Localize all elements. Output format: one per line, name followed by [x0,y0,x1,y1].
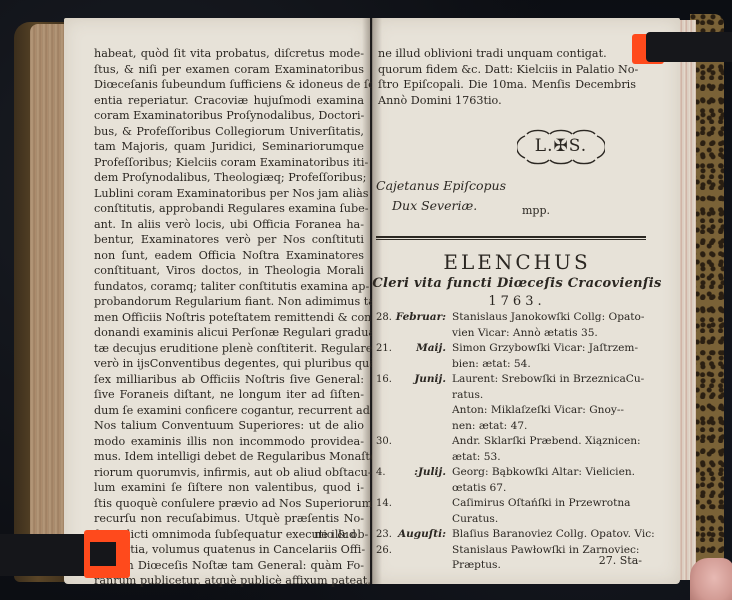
entry-body: Blaſius Baranoviez Collg. Opatov. Vic: [452,527,662,543]
entry-line: Anton: Miklaſzeſki Vicar: Gnoy-- [452,403,662,419]
entry-line: Simon Grzybowſki Vicar: Jaſtrzem- [452,341,662,357]
entry-line: Laurent: Srebowſki in BrzeznicaCu- [452,372,662,388]
entry-body: Anton: Miklaſzeſki Vicar: Gnoy-- nen: æt… [452,403,662,434]
left-page-body: habeat, quòd ſit vita probatus, diſcretu… [94,46,364,589]
text-line: Lublini coram Examinatoribus per Nos jam… [94,186,364,202]
entry-body: Georg: Bąbkowſki Altar: Vielicien. œtati… [452,465,662,496]
text-line: modo examinis illis non incommodo provid… [94,434,364,450]
entry-line: Caſimirus Oſtańſki in Przewrotna [452,496,662,512]
right-page: ne illud oblivioni tradi unquam contigat… [372,18,680,584]
entry-line: œtatis 67. [452,481,662,497]
seal-mark: L.✠S. [517,126,605,168]
text-line: tæ decujus eruditione plenè conſtiterit.… [94,341,364,357]
entry-line: Andr. Sklarſki Præbend. Xiąznicen: [452,434,662,450]
text-line: lum examini ſe ſiſtere non valentibus, q… [94,480,364,496]
text-line: habeat, quòd ſit vita probatus, diſcretu… [94,46,364,62]
obituary-list: 28. Februar: Stanislaus Janokowſki Collg… [376,310,662,574]
entry-month: Junij. [394,372,452,403]
text-line: non ſunt, eadem Officia Noſtra Examinato… [94,248,364,264]
list-item: 23. Auguſti: Blaſius Baranoviez Collg. O… [376,527,662,543]
list-item: 21. Maij. Simon Grzybowſki Vicar: Jaſtrz… [376,341,662,372]
page-edges-left [30,24,68,536]
page-clip-bottom-left [0,528,132,580]
signature: Cajetanus Epiſcopus Dux Severiæ. [376,176,506,216]
text-line: bus, & Profeſſoribus Collegiorum Univerſ… [94,124,364,140]
text-line: donandi examinis alicui Perſonæ Regulari… [94,325,364,341]
text-line: ſtus, & niſi per examen coram Examinator… [94,62,364,78]
text-line: dum ſe examini conficere cogantur, recur… [94,403,364,419]
text-line: fundatos, coramq; taliter conſtitutis ex… [94,279,364,295]
entry-line: Stanislaus Janokowſki Collg: Opato- [452,310,662,326]
text-line: entia reperiatur. Cracoviæ hujuſmodi exa… [94,93,364,109]
entry-line: bien: ætat: 54. [452,357,662,373]
entry-month: Auguſti: [394,527,452,543]
clip-slot [90,542,116,566]
section-divider [376,239,646,240]
text-line: ant. In aliis verò locis, ubi Officia Fo… [94,217,364,233]
text-line: conſtitutis, approbandi Regulares examin… [94,201,364,217]
entry-line: Georg: Bąbkowſki Altar: Vielicien. [452,465,662,481]
finger-tip [690,558,732,600]
list-item: Anton: Miklaſzeſki Vicar: Gnoy-- nen: æt… [376,403,662,434]
text-line: conſtituant, Viros doctos, in Theologia … [94,263,364,279]
book-gutter [362,18,382,584]
entry-month: :Julij. [394,465,452,496]
entry-month [394,403,452,434]
entry-line: ratus. [452,388,662,404]
list-item: 14. Caſimirus Oſtańſki in Przewrotna Cur… [376,496,662,527]
page-edges-right [678,20,696,580]
catchword: 27. Sta- [599,554,642,567]
clip-body [646,32,732,62]
catchword: ne illud [314,528,356,541]
seal-text: L.✠S. [517,136,605,156]
entry-line: ætat: 53. [452,450,662,466]
text-line: probandorum Regularium fiant. Non adimim… [94,294,364,310]
entry-body: Simon Grzybowſki Vicar: Jaſtrzem- bien: … [452,341,662,372]
section-divider [376,236,646,238]
text-line: ciorum Diœceſis Noſtæ tam General: quàm … [94,558,364,574]
text-line: recurſu non recuſabimus. Utquè præſentis… [94,511,364,527]
signature-line: Cajetanus Epiſcopus [376,176,506,196]
text-line: dem Proſynodalibus, Theologiæq; Profeſſo… [94,170,364,186]
entry-month [394,434,452,465]
entry-body: Caſimirus Oſtańſki in Przewrotna Curatus… [452,496,662,527]
entry-line: Blaſius Baranoviez Collg. Opatov. Vic: [452,527,662,543]
text-line: bentur, Examinatores verò per Nos conſti… [94,232,364,248]
entry-line: nen: ætat: 47. [452,419,662,435]
entry-line: Curatus. [452,512,662,528]
text-line: Diœceſanis ſubeundum ſufficiens & idoneu… [94,77,364,93]
list-item: 16. Junij. Laurent: Srebowſki in Brzezni… [376,372,662,403]
section-year: 1763. [372,294,662,309]
text-line: coram Examinatoribus Proſynodalibus, Doc… [94,108,364,124]
left-page: habeat, quòd ſit vita probatus, diſcretu… [64,18,370,584]
entry-month [394,496,452,527]
entry-body: Stanislaus Janokowſki Collg: Opato- vien… [452,310,662,341]
section-subtitle: Cleri vita functi Diœceſis Cracovienſis [372,276,662,291]
list-item: 4. :Julij. Georg: Bąbkowſki Altar: Vieli… [376,465,662,496]
list-item: 30. Andr. Sklarſki Præbend. Xiąznicen: æ… [376,434,662,465]
text-line: quorum fidem &c. Datt: Kielciis in Palat… [378,62,636,78]
section-title: ELENCHUS [372,250,662,274]
entry-line: vien Vicar: Annò ætatis 35. [452,326,662,342]
entry-body: Laurent: Srebowſki in BrzeznicaCu- ratus… [452,372,662,403]
signature-line: Dux Severiæ. [376,196,506,216]
list-item: 28. Februar: Stanislaus Janokowſki Collg… [376,310,662,341]
manu-propria: mpp. [522,204,550,217]
entry-month: Februar: [394,310,452,341]
text-line: ne illud oblivioni tradi unquam contigat… [378,46,636,62]
text-line: verò in ijsConventibus degentes, qui plu… [94,356,364,372]
text-line: ſtis quoquè conſulere prævio ad Nos Supe… [94,496,364,512]
text-line: ranrum publicetur, atquè publicè affixum… [94,573,364,589]
text-line: ſive Foraneis diſtant, ne longum iter ad… [94,387,364,403]
page-clip-top-right [632,30,732,66]
text-line: Annò Domini 1763tio. [378,93,636,109]
entry-body: Andr. Sklarſki Præbend. Xiąznicen: ætat:… [452,434,662,465]
text-line: ſervantia, volumus quatenus in Cancelari… [94,542,364,558]
text-line: Profeſſoribus; Kielciis coram Examinator… [94,155,364,171]
text-line: men Officiis Noſtris poteſtatem remitten… [94,310,364,326]
text-line: riorum quorumvis, infirmis, aut ob aliud… [94,465,364,481]
entry-month: Maij. [394,341,452,372]
text-line: ſex milliaribus ab Officiis Noſtris ſive… [94,372,364,388]
entry-month [394,543,452,574]
text-line: ſtro Epiſcopali. Die 10ma. Menſis Decemb… [378,77,636,93]
decree-closing: ne illud oblivioni tradi unquam contigat… [378,46,636,108]
text-line: tam Majoris, quam Juridici, Seminariorum… [94,139,364,155]
text-line: mus. Idem intelligi debet de Regularibus… [94,449,364,465]
text-line: Nos talium Conventuum Superiores: ut de … [94,418,364,434]
